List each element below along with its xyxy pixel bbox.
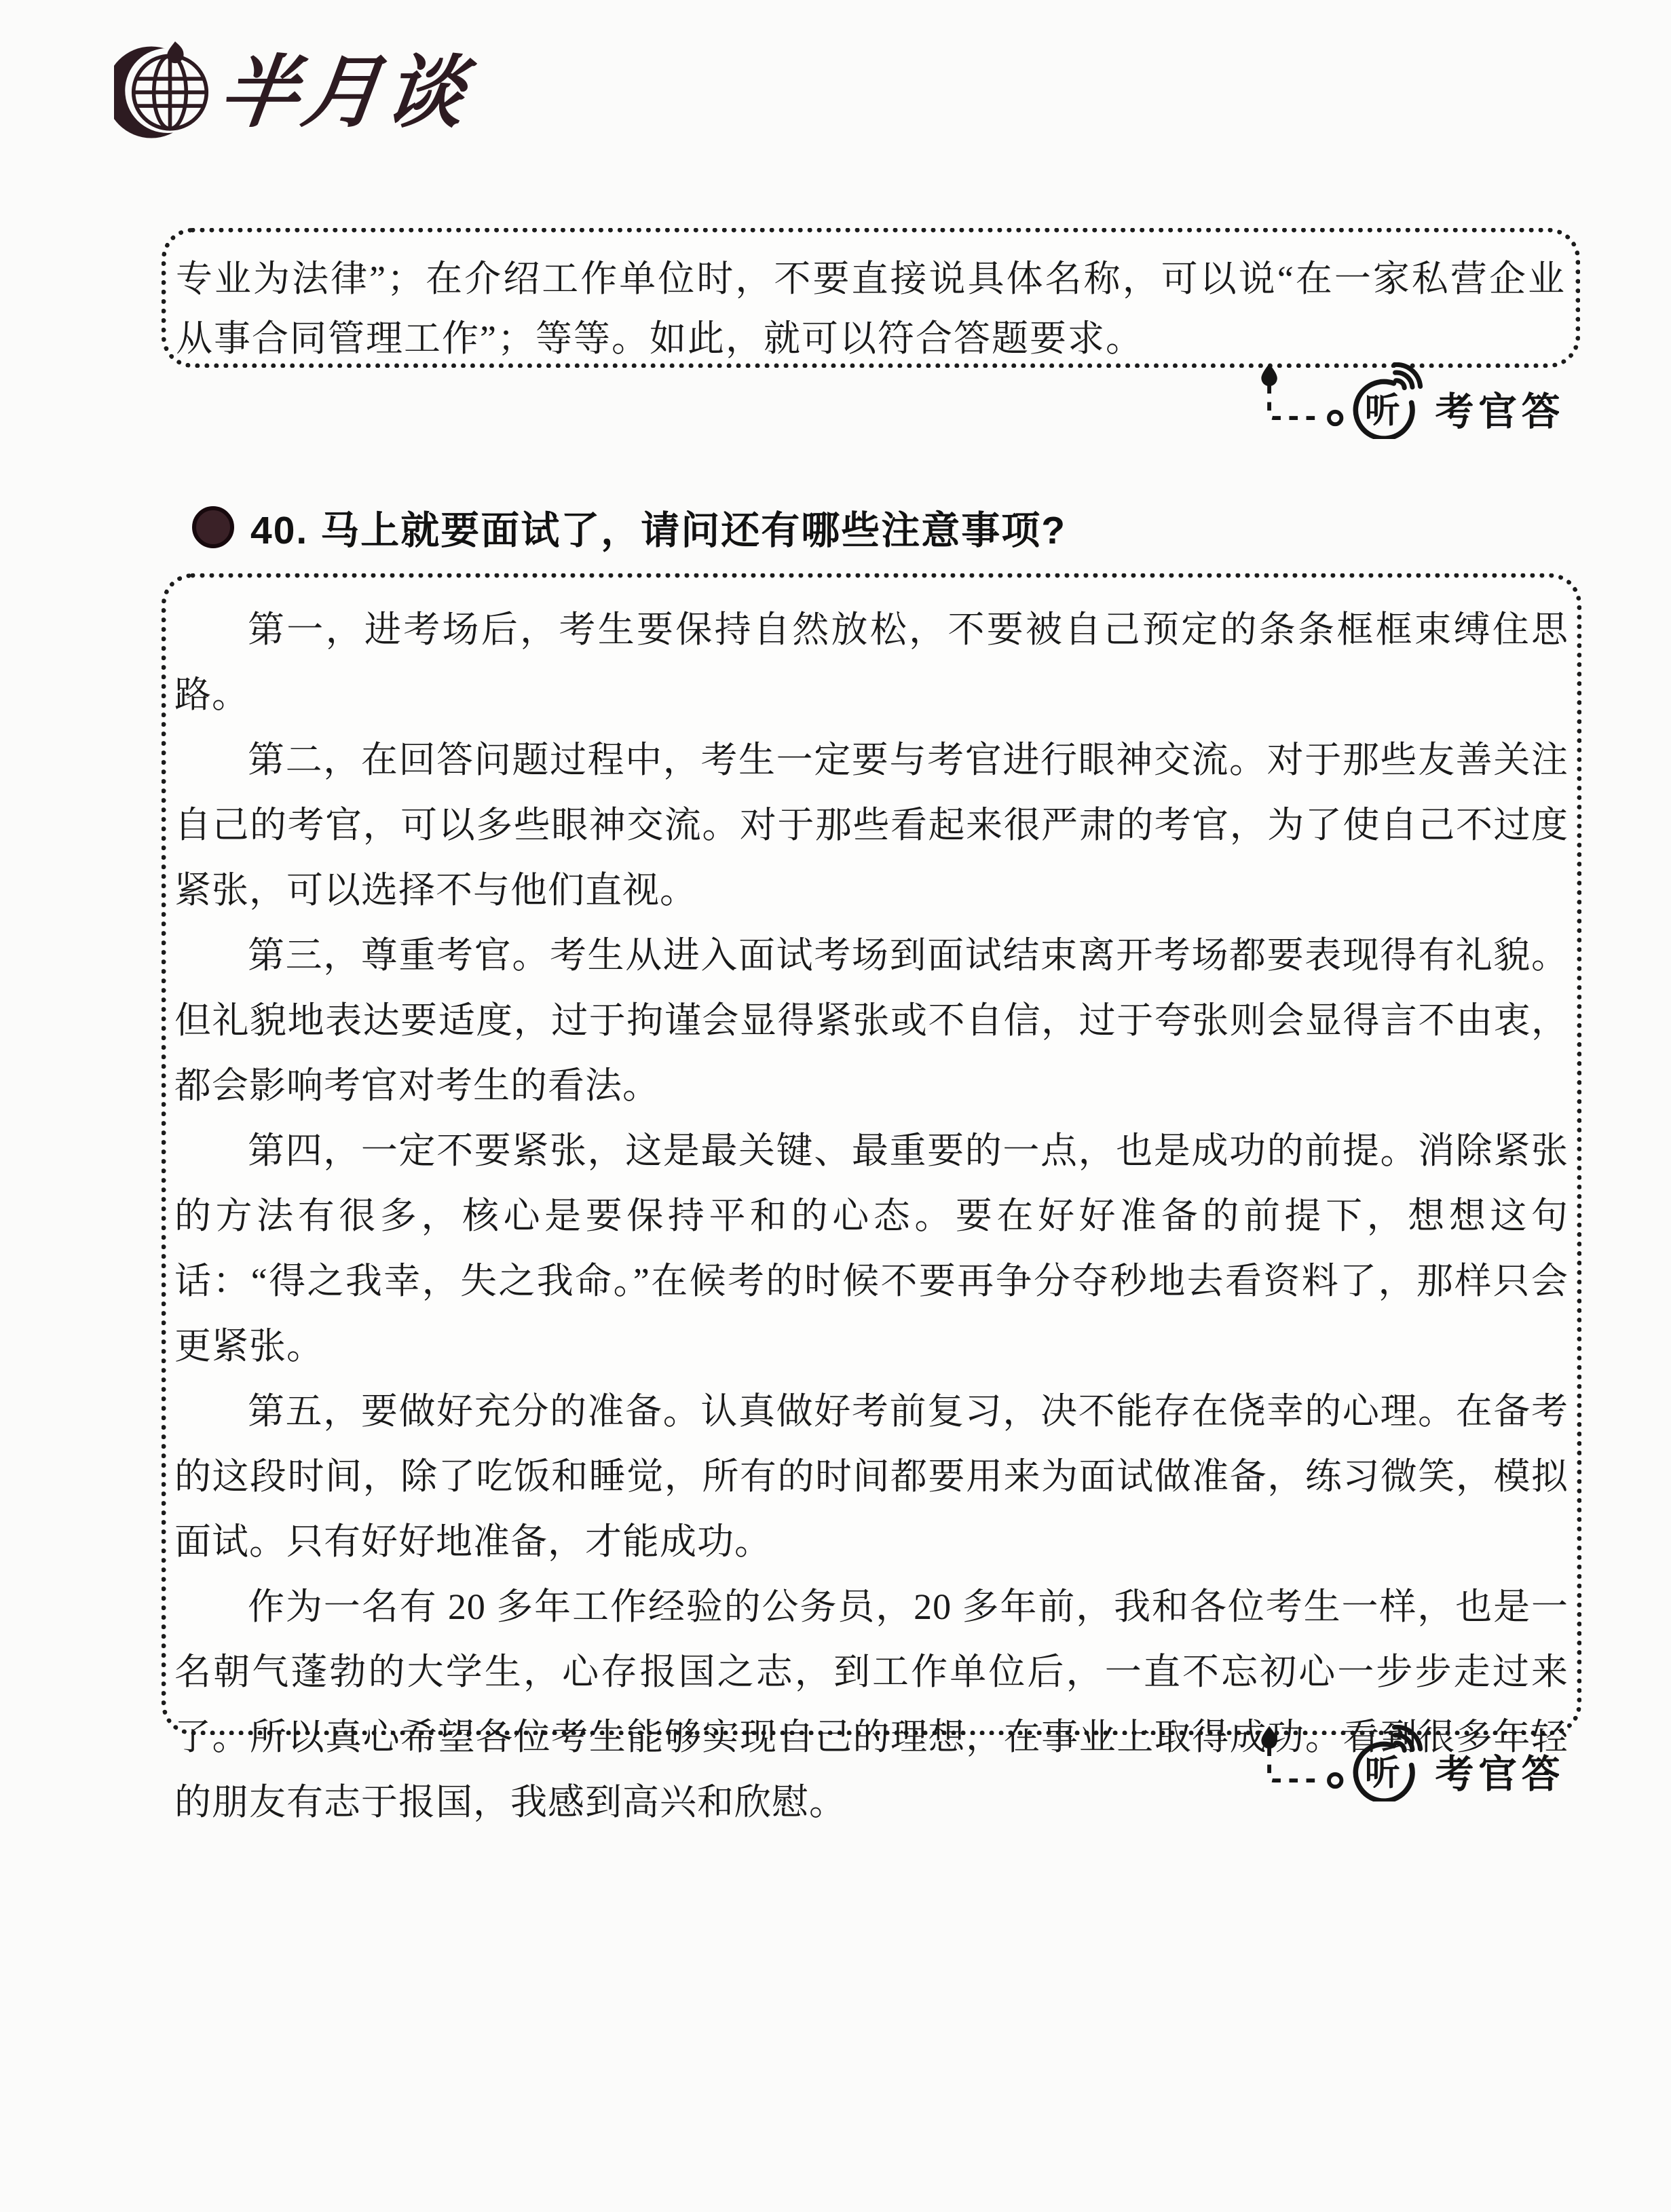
badge-label: 考官答 xyxy=(1435,1753,1559,1796)
small-circle-icon xyxy=(1329,1774,1341,1787)
sound-waves-icon xyxy=(1395,364,1421,387)
answer-paragraph-1: 第一，进考场后，考生要保持自然放松，不要被自己预定的条条框框束缚住思路。 xyxy=(174,597,1569,727)
question-text: 40.马上就要面试了，请问还有哪些注意事项? xyxy=(250,499,1066,555)
sound-waves-icon xyxy=(1395,1727,1421,1750)
small-circle-icon xyxy=(1329,412,1341,424)
globe-icon xyxy=(114,35,209,149)
intro-answer-text: 专业为法律”；在介绍工作单位时，不要直接说具体名称，可以说“在一家私营企业从事合… xyxy=(176,249,1566,368)
brand-name: 半月谈 xyxy=(215,53,473,132)
answer-box: 第一，进考场后，考生要保持自然放松，不要被自己预定的条条框框束缚住思路。 第二，… xyxy=(162,573,1581,1735)
listen-char: 听 xyxy=(1365,1753,1400,1793)
dashed-connector-icon xyxy=(1269,385,1319,418)
answer-paragraph-3: 第三，尊重考官。考生从进入面试考场到面试结束离开考场都要表现得有礼貌。但礼貌地表… xyxy=(174,923,1569,1118)
listen-char: 听 xyxy=(1365,391,1400,430)
answer-paragraph-2: 第二，在回答问题过程中，考生一定要与考官进行眼神交流。对于那些友善关注自己的考官… xyxy=(174,727,1569,923)
answer-paragraph-4: 第四，一定不要紧张，这是最关键、最重要的一点，也是成功的前提。消除紧张的方法有很… xyxy=(174,1118,1569,1379)
dashed-connector-icon xyxy=(1269,1747,1319,1780)
intro-answer-box: 专业为法律”；在介绍工作单位时，不要直接说具体名称，可以说“在一家私营企业从事合… xyxy=(162,228,1580,368)
question-number: 40. xyxy=(250,509,308,552)
pin-icon xyxy=(1261,1726,1277,1749)
listen-examiner-badge: 听 考官答 xyxy=(1252,1725,1559,1801)
question-40: 40.马上就要面试了，请问还有哪些注意事项? xyxy=(192,499,1066,555)
brand-logo: 半月谈 xyxy=(114,35,468,149)
question-title: 马上就要面试了，请问还有哪些注意事项? xyxy=(320,509,1066,552)
listen-examiner-badge: 听 考官答 xyxy=(1252,362,1559,439)
bullet-icon xyxy=(192,506,234,548)
pin-icon xyxy=(1261,364,1277,386)
answer-paragraph-5: 第五，要做好充分的准备。认真做好考前复习，决不能存在侥幸的心理。在备考的这段时间… xyxy=(174,1379,1569,1574)
badge-label: 考官答 xyxy=(1435,390,1559,434)
